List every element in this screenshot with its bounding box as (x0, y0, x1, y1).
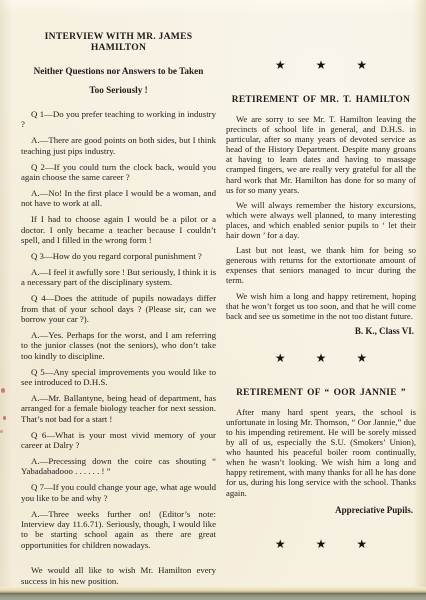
qa-paragraph: Q 5—Any special improvements you would l… (21, 367, 216, 388)
star-icon: ★ (275, 58, 286, 72)
star-icon: ★ (356, 58, 367, 72)
section-paragraph: We will always remember the history excu… (226, 200, 416, 240)
star-icon: ★ (356, 351, 367, 365)
qa-paragraph: Q 2—If you could turn the clock back, wo… (21, 162, 216, 183)
qa-paragraph: If I had to choose again I would be a pi… (21, 214, 216, 245)
scan-edge-top (0, 0, 426, 16)
article-subtitle-line1: Neither Questions nor Answers to be Take… (21, 66, 216, 76)
right-column: ★ ★ ★ RETIREMENT OF MR. T. HAMILTON We a… (226, 48, 416, 551)
qa-paragraph: Q 7—If you could change your age, what a… (21, 482, 216, 503)
signature-bk-class-vi: B. K., Class VI. (226, 326, 414, 336)
qa-paragraph: A.—Mr. Ballantyne, being head of departm… (21, 393, 216, 424)
star-icon: ★ (356, 537, 367, 551)
red-ink-speck (1, 388, 5, 393)
qa-paragraph: A.—I feel it awfully sore ! But seriousl… (21, 267, 216, 288)
red-ink-speck (3, 416, 6, 420)
star-icon: ★ (316, 351, 327, 365)
star-separator: ★ ★ ★ (226, 537, 416, 551)
star-separator: ★ ★ ★ (226, 58, 416, 72)
scan-page-bottom-edge (0, 587, 426, 600)
star-separator: ★ ★ ★ (226, 351, 416, 365)
section-paragraph: We wish him a long and happy retirement,… (226, 291, 416, 321)
qa-paragraph: A.—Yes. Perhaps for the worst, and I am … (21, 330, 216, 361)
qa-paragraph: A.—There are good points on both sides, … (21, 135, 216, 156)
star-icon: ★ (316, 537, 327, 551)
magazine-page: INTERVIEW WITH MR. JAMES HAMILTON Neithe… (0, 0, 426, 600)
article-title: INTERVIEW WITH MR. JAMES HAMILTON (21, 31, 216, 53)
qa-paragraph: Q 6—What is your most vivid memory of yo… (21, 430, 216, 451)
section-paragraph: We are sorry to see Mr. T. Hamilton leav… (226, 114, 416, 195)
qa-paragraph: Q 3—How do you regard corporal punishmen… (21, 251, 216, 261)
left-column: INTERVIEW WITH MR. JAMES HAMILTON Neithe… (21, 31, 216, 592)
section-paragraph: Last but not least, we thank him for bei… (226, 245, 416, 285)
section-paragraph: After many hard spent years, the school … (226, 407, 416, 498)
qa-paragraph: Q 4—Does the attitude of pupils nowadays… (21, 293, 216, 324)
qa-paragraph: A.—Precessing down the coire cas shoutin… (21, 456, 216, 477)
scan-edge-left (0, 0, 12, 600)
qa-paragraph: A.—No! In the first place I would be a w… (21, 188, 216, 209)
section-heading-oor-jannie: RETIREMENT OF “ OOR JANNIE ” (226, 388, 416, 398)
article-subtitle-line2: Too Seriously ! (21, 85, 216, 95)
closing-paragraph: We would all like to wish Mr. Hamilton e… (21, 565, 216, 586)
qa-paragraph: Q 1—Do you prefer teaching to working in… (21, 109, 216, 130)
star-icon: ★ (275, 537, 286, 551)
red-ink-speck (0, 430, 3, 433)
star-icon: ★ (316, 58, 327, 72)
section-heading-t-hamilton: RETIREMENT OF MR. T. HAMILTON (226, 95, 416, 105)
signature-appreciative-pupils: Appreciative Pupils. (226, 505, 413, 515)
qa-paragraph: A.—Three weeks further on! (Editor’s not… (21, 509, 216, 551)
star-icon: ★ (275, 351, 286, 365)
